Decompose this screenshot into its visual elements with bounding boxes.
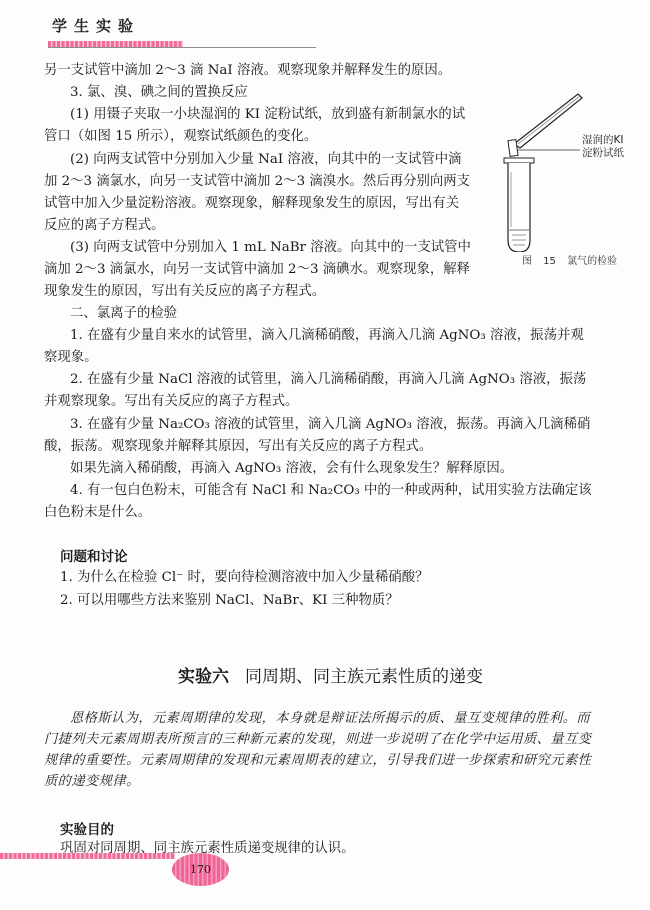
test-item-1-line1: 1. 在盛有少量自来水的试管里，滴入几滴稀硝酸，再滴入几滴 AgNO₃ 溶液，振… (44, 325, 584, 346)
test-tube-illustration (500, 92, 650, 252)
intro-line: 恩格斯认为，元素周期律的发现，本身就是辩证法所揭示的质、量互变规律的胜利。而 (44, 708, 604, 729)
figure-label-line2: 淀粉试纸 (582, 147, 624, 160)
footer-decorative-stripe (0, 853, 175, 859)
subsection-heading: 3. 氯、溴、碘之间的置换反应 (44, 82, 248, 103)
test-item-4-line1: 4. 有一包白色粉末，可能含有 NaCl 和 Na₂CO₃ 中的一种或两种，试用… (44, 480, 592, 501)
text-line: 另一支试管中滴加 2～3 滴 NaI 溶液。观察现象并解释发生的原因。 (44, 60, 451, 81)
figure-label: 湿润的KI 淀粉试纸 (582, 134, 624, 160)
experiment-number: 实验六 (178, 667, 229, 687)
figure-15: 湿润的KI 淀粉试纸 图 15 氯气的检验 (500, 92, 650, 267)
text-line: 滴加 2～3 滴氯水，向另一支试管中滴加 2～3 滴碘水。观察现象，解释 (44, 259, 470, 280)
text-line: 现象发生的原因，写出有关反应的离子方程式。 (44, 281, 325, 302)
discussion-heading: 问题和讨论 (60, 545, 128, 565)
text-line: 管口（如图 15 所示），观察试纸颜色的变化。 (44, 126, 317, 147)
section-heading-chloride: 二、氯离子的检验 (44, 303, 177, 324)
text-line: 反应的离子方程式。 (44, 215, 165, 236)
discussion-question-1: 1. 为什么在检验 Cl⁻ 时，要向待检测溶液中加入少量稀硝酸？ (60, 567, 429, 588)
experiment-intro: 恩格斯认为，元素周期律的发现，本身就是辩证法所揭示的质、量互变规律的胜利。而 门… (44, 708, 604, 792)
text-line: 加 2～3 滴氯水，向另一支试管中滴加 2～3 滴溴水。然后再分别向两支 (44, 171, 470, 192)
figure-caption: 图 15 氯气的检验 (522, 252, 617, 267)
test-item-1-line2: 察现象。 (44, 347, 98, 368)
experiment-title: 实验六同周期、同主族元素性质的递变 (178, 662, 483, 687)
test-item-2-line1: 2. 在盛有少量 NaCl 溶液的试管里，滴入几滴稀硝酸，再滴入几滴 AgNO₃… (44, 369, 586, 390)
section-title: 学生实验 (52, 15, 140, 36)
test-item-3-line1: 3. 在盛有少量 Na₂CO₃ 溶液的试管里，滴入几滴 AgNO₃ 溶液，振荡。… (44, 414, 590, 435)
text-line: 试管中加入少量淀粉溶液。观察现象，解释现象发生的原因，写出有关 (44, 193, 459, 214)
figure-label-line1: 湿润的KI (582, 134, 624, 147)
text-line: (2) 向两支试管中分别加入少量 NaI 溶液，向其中的一支试管中滴 (44, 149, 462, 170)
intro-line: 质的递变规律。 (44, 771, 604, 792)
test-item-note: 如果先滴入稀硝酸，再滴入 AgNO₃ 溶液，会有什么现象发生？解释原因。 (44, 458, 513, 479)
discussion-question-2: 2. 可以用哪些方法来鉴别 NaCl、NaBr、KI 三种物质？ (60, 590, 399, 611)
text-line: (3) 向两支试管中分别加入 1 mL NaBr 溶液。向其中的一支试管中 (44, 237, 471, 258)
test-item-3-line2: 酸，振荡。观察现象并解释其原因，写出有关反应的离子方程式。 (44, 436, 432, 457)
intro-line: 门捷列夫元素周期表所预言的三种新元素的发现，则进一步说明了在化学中运用质、量互变 (44, 729, 604, 750)
page-number-badge: 170 (172, 853, 229, 886)
page-number: 170 (190, 863, 211, 876)
header-divider (48, 47, 316, 48)
test-item-4-line2: 白色粉末是什么。 (44, 502, 151, 523)
test-item-2-line2: 并观察现象。写出有关反应的离子方程式。 (44, 391, 298, 412)
intro-line: 规律的重要性。元素周期律的发现和元素周期表的建立，引导我们进一步探索和研究元素性 (44, 750, 604, 771)
purpose-heading: 实验目的 (60, 818, 114, 838)
text-line: (1) 用镊子夹取一小块湿润的 KI 淀粉试纸，放到盛有新制氯水的试 (44, 104, 465, 125)
experiment-name: 同周期、同主族元素性质的递变 (245, 667, 483, 687)
